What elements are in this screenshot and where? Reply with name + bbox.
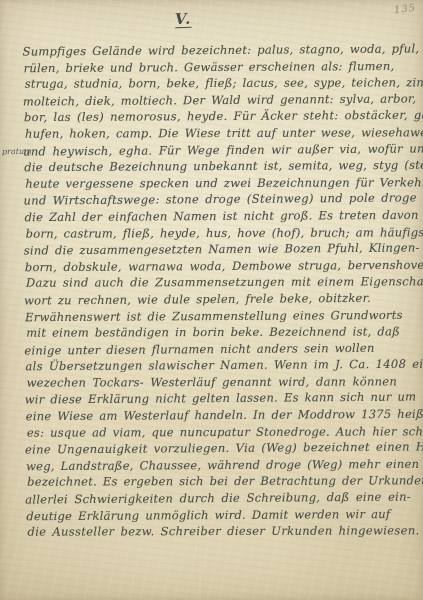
manuscript-line: allerlei Schwierigkeiten durch die Schre…	[25, 488, 418, 508]
manuscript-line: mit einem beständigen in borin beke. Bez…	[26, 323, 417, 341]
manuscript-line: die Zahl der einfachen Namen ist nicht g…	[24, 207, 416, 226]
manuscript-line: eine Wiese am Westerlauf handeln. In der…	[26, 406, 418, 425]
manuscript-line: hufen, hoken, camp. Die Wiese tritt auf …	[25, 124, 416, 142]
section-heading: V.	[175, 10, 192, 29]
manuscript-line: Sumpfiges Gelände wird bezeichnet: palus…	[22, 40, 415, 60]
manuscript-line: als Übersetzungen slawischer Namen. Wenn…	[25, 356, 417, 375]
manuscript-line: molteich, diek, moltiech. Der Wald wird …	[23, 90, 416, 110]
manuscript-line: bor, las (les) nemorosus, heyde. Für Äck…	[24, 107, 416, 126]
manuscript-line: die Aussteller bezw. Schreiber dieser Ur…	[27, 523, 418, 541]
manuscript-line: Dazu sind auch die Zusammensetzungen mit…	[26, 274, 417, 292]
manuscript-line: die deutsche Bezeichnung unbekannt ist, …	[24, 157, 416, 176]
fold-crease-horizontal	[0, 560, 423, 563]
manuscript-line: und heywisch, egha. Für Wege finden wir …	[23, 140, 416, 160]
manuscript-line: sind die zusammengesetzten Namen wie Boz…	[24, 240, 417, 260]
manuscript-line: wort zu rechnen, wie dule spelen, frele …	[24, 289, 417, 309]
manuscript-line: struga, studnia, born, beke, fließ; lacu…	[25, 75, 416, 93]
manuscript-page: 135 V. pratum Sumpfiges Gelände wird bez…	[0, 0, 423, 600]
manuscript-line: eine Ungenauigkeit vorzuliegen. Via (Weg…	[25, 439, 418, 459]
manuscript-line: einige unter diesen flurnamen nicht ande…	[24, 339, 417, 359]
page-number: 135	[393, 3, 416, 17]
manuscript-line: Erwähnenswert ist die Zusammenstellung e…	[25, 306, 417, 325]
manuscript-text-block: Sumpfiges Gelände wird bezeichnet: palus…	[23, 41, 418, 541]
